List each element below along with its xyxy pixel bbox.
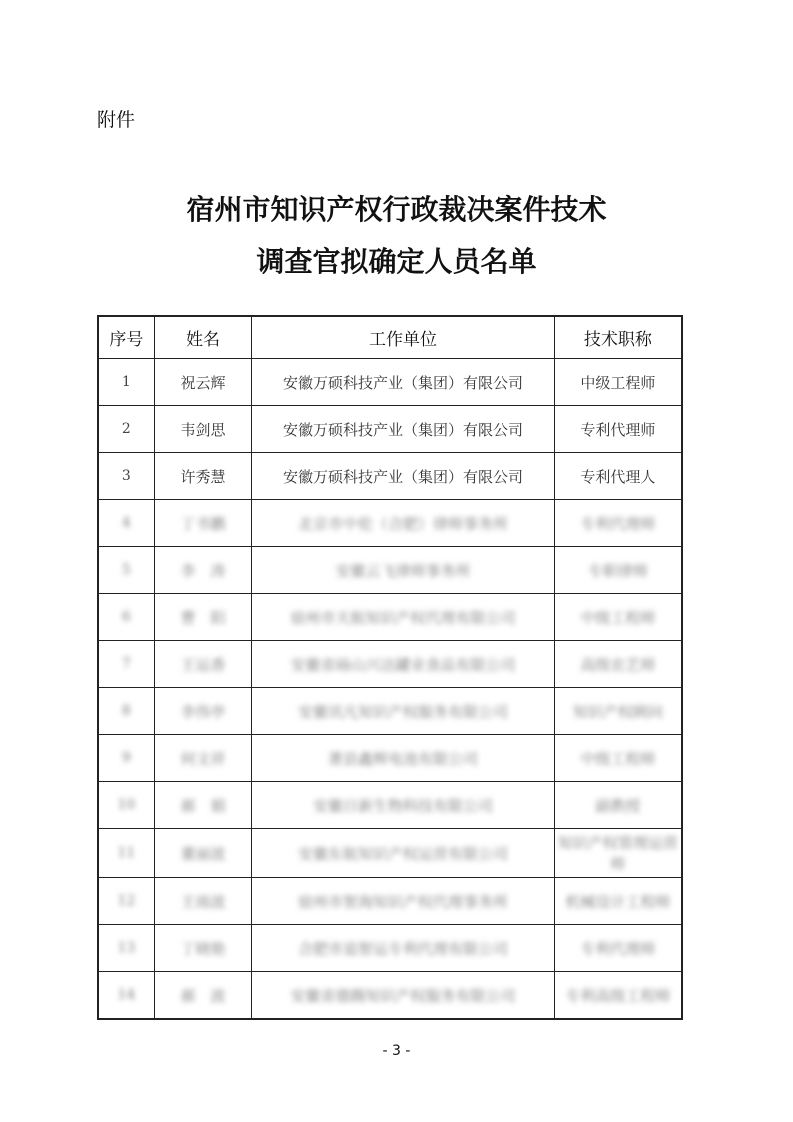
cell-title: 高级农艺师 xyxy=(554,641,682,688)
cell-name: 董丽波 xyxy=(154,829,252,878)
cell-title: 知识产权顾问 xyxy=(554,688,682,735)
cell-title-text: 中级工程师 xyxy=(580,750,655,768)
cell-unit: 安徽万硕科技产业（集团）有限公司 xyxy=(252,359,554,406)
cell-title: 专利高级工程师 xyxy=(554,972,682,1020)
table-row: 2韦剑思安徽万硕科技产业（集团）有限公司专利代理师 xyxy=(98,406,682,453)
cell-title: 中级工程师 xyxy=(554,594,682,641)
cell-title: 专职律师 xyxy=(554,547,682,594)
cell-unit-text: 宿州市智海知识产权代理事务所 xyxy=(298,893,508,911)
cell-name-text: 李伟亭 xyxy=(181,703,226,721)
table-row: 10郝 娟安徽日新生物科技有限公司副教授 xyxy=(98,782,682,829)
personnel-table: 序号 姓名 工作单位 技术职称 1祝云辉安徽万硕科技产业（集团）有限公司中级工程… xyxy=(97,315,683,1020)
cell-title: 机械设计工程师 xyxy=(554,878,682,925)
table-row: 5李 涛安徽云飞律师事务所专职律师 xyxy=(98,547,682,594)
cell-serial-text: 2 xyxy=(122,421,131,437)
cell-name-text: 丁书鹏 xyxy=(181,515,226,533)
cell-unit: 安徽云飞律师事务所 xyxy=(252,547,554,594)
cell-title-text: 专利代理人 xyxy=(580,468,655,486)
cell-unit: 北京市中伦（合肥）律师事务所 xyxy=(252,500,554,547)
cell-title: 专利代理人 xyxy=(554,453,682,500)
cell-serial-text: 1 xyxy=(122,374,131,390)
cell-unit: 萧县鑫辉电池有限公司 xyxy=(252,735,554,782)
cell-serial: 6 xyxy=(98,594,154,641)
cell-title-text: 专利代理师 xyxy=(580,940,655,958)
cell-unit: 安徽万硕科技产业（集团）有限公司 xyxy=(252,453,554,500)
cell-name: 韦剑思 xyxy=(154,406,252,453)
table-row: 14郝 波安徽省德腾知识产权服务有限公司专利高级工程师 xyxy=(98,972,682,1020)
cell-unit: 安徽省德腾知识产权服务有限公司 xyxy=(252,972,554,1020)
cell-serial-text: 14 xyxy=(117,987,135,1003)
header-name: 姓名 xyxy=(154,316,252,359)
cell-unit: 宿州市天航知识产权代理有限公司 xyxy=(252,594,554,641)
cell-serial: 2 xyxy=(98,406,154,453)
cell-unit: 安徽东航知识产权运营有限公司 xyxy=(252,829,554,878)
cell-title-text: 知识产权顾问 xyxy=(573,703,663,721)
cell-unit-text: 萧县鑫辉电池有限公司 xyxy=(328,750,478,768)
cell-serial-text: 10 xyxy=(117,797,135,813)
cell-name: 王运香 xyxy=(154,641,252,688)
cell-title-text: 专利代理师 xyxy=(580,515,655,533)
table-row: 1祝云辉安徽万硕科技产业（集团）有限公司中级工程师 xyxy=(98,359,682,406)
cell-name: 郝 波 xyxy=(154,972,252,1020)
cell-name: 郝 娟 xyxy=(154,782,252,829)
document-title-line2: 调查官拟确定人员名单 xyxy=(0,240,793,280)
cell-serial: 12 xyxy=(98,878,154,925)
cell-title-text: 专利代理师 xyxy=(580,421,655,439)
cell-unit-text: 安徽日新生物科技有限公司 xyxy=(313,797,493,815)
table-row: 7王运香安徽省砀山兴达罐业食品有限公司高级农艺师 xyxy=(98,641,682,688)
cell-serial: 3 xyxy=(98,453,154,500)
cell-title-text: 专职律师 xyxy=(588,562,648,580)
cell-title: 专利代理师 xyxy=(554,500,682,547)
cell-name-text: 许秀慧 xyxy=(181,468,226,486)
cell-name: 丁书鹏 xyxy=(154,500,252,547)
cell-title: 副教授 xyxy=(554,782,682,829)
cell-title-text: 中级工程师 xyxy=(580,374,655,392)
cell-serial: 7 xyxy=(98,641,154,688)
cell-title-text: 副教授 xyxy=(595,797,640,815)
cell-serial-text: 6 xyxy=(122,609,131,625)
cell-title: 中级工程师 xyxy=(554,735,682,782)
cell-unit: 安徽讯凡知识产权服务有限公司 xyxy=(252,688,554,735)
cell-serial-text: 11 xyxy=(117,845,135,861)
cell-unit-text: 安徽云飞律师事务所 xyxy=(335,562,470,580)
cell-unit: 安徽万硕科技产业（集团）有限公司 xyxy=(252,406,554,453)
cell-serial-text: 8 xyxy=(122,703,131,719)
cell-name-text: 郝 娟 xyxy=(181,797,226,815)
document-title-line1: 宿州市知识产权行政裁决案件技术 xyxy=(0,188,793,228)
cell-unit-text: 安徽万硕科技产业（集团）有限公司 xyxy=(283,468,523,486)
header-unit: 工作单位 xyxy=(252,316,554,359)
cell-serial: 13 xyxy=(98,925,154,972)
table-row: 3许秀慧安徽万硕科技产业（集团）有限公司专利代理人 xyxy=(98,453,682,500)
cell-title-text: 中级工程师 xyxy=(580,609,655,627)
cell-unit: 安徽省砀山兴达罐业食品有限公司 xyxy=(252,641,554,688)
cell-title-text: 专利高级工程师 xyxy=(565,987,670,1005)
page-number: - 3 - xyxy=(0,1043,793,1059)
cell-serial-text: 13 xyxy=(117,940,135,956)
cell-serial-text: 12 xyxy=(117,893,135,909)
cell-serial-text: 4 xyxy=(122,515,131,531)
cell-unit: 宿州市智海知识产权代理事务所 xyxy=(252,878,554,925)
cell-serial: 4 xyxy=(98,500,154,547)
cell-unit: 合肥市追智运专利代理有限公司 xyxy=(252,925,554,972)
header-title: 技术职称 xyxy=(554,316,682,359)
cell-serial: 8 xyxy=(98,688,154,735)
cell-name-text: 丁晓艳 xyxy=(181,940,226,958)
table-row: 11董丽波安徽东航知识产权运营有限公司知识产权管理运营师 xyxy=(98,829,682,878)
cell-title: 专利代理师 xyxy=(554,406,682,453)
cell-name-text: 王雨波 xyxy=(181,893,226,911)
table-header-row: 序号 姓名 工作单位 技术职称 xyxy=(98,316,682,359)
table-row: 13丁晓艳合肥市追智运专利代理有限公司专利代理师 xyxy=(98,925,682,972)
cell-title: 知识产权管理运营师 xyxy=(554,829,682,878)
cell-serial-text: 7 xyxy=(122,656,131,672)
cell-serial-text: 3 xyxy=(122,468,131,484)
table-row: 4丁书鹏北京市中伦（合肥）律师事务所专利代理师 xyxy=(98,500,682,547)
cell-title-text: 知识产权管理运营师 xyxy=(558,834,678,873)
cell-serial: 5 xyxy=(98,547,154,594)
cell-title: 中级工程师 xyxy=(554,359,682,406)
cell-unit-text: 安徽讯凡知识产权服务有限公司 xyxy=(298,703,508,721)
cell-name: 李 涛 xyxy=(154,547,252,594)
cell-name-text: 何文祥 xyxy=(181,750,226,768)
cell-unit-text: 安徽万硕科技产业（集团）有限公司 xyxy=(283,421,523,439)
cell-name-text: 韦剑思 xyxy=(181,421,226,439)
cell-name: 丁晓艳 xyxy=(154,925,252,972)
cell-unit-text: 宿州市天航知识产权代理有限公司 xyxy=(290,609,515,627)
cell-unit-text: 安徽万硕科技产业（集团）有限公司 xyxy=(283,374,523,392)
cell-serial: 14 xyxy=(98,972,154,1020)
cell-name-text: 曹 阳 xyxy=(181,609,226,627)
cell-title-text: 机械设计工程师 xyxy=(565,893,670,911)
cell-name: 何文祥 xyxy=(154,735,252,782)
cell-name-text: 郝 波 xyxy=(181,987,226,1005)
header-serial: 序号 xyxy=(98,316,154,359)
table-row: 8李伟亭安徽讯凡知识产权服务有限公司知识产权顾问 xyxy=(98,688,682,735)
cell-name-text: 李 涛 xyxy=(181,562,226,580)
cell-name-text: 董丽波 xyxy=(181,845,226,863)
cell-name-text: 王运香 xyxy=(181,656,226,674)
table-row: 6曹 阳宿州市天航知识产权代理有限公司中级工程师 xyxy=(98,594,682,641)
cell-name: 李伟亭 xyxy=(154,688,252,735)
cell-serial: 11 xyxy=(98,829,154,878)
cell-name: 曹 阳 xyxy=(154,594,252,641)
attachment-label: 附件 xyxy=(97,105,135,132)
cell-unit-text: 合肥市追智运专利代理有限公司 xyxy=(298,940,508,958)
cell-unit-text: 安徽省砀山兴达罐业食品有限公司 xyxy=(290,656,515,674)
cell-unit-text: 安徽东航知识产权运营有限公司 xyxy=(298,845,508,863)
cell-serial: 9 xyxy=(98,735,154,782)
cell-name: 祝云辉 xyxy=(154,359,252,406)
cell-unit-text: 安徽省德腾知识产权服务有限公司 xyxy=(290,987,515,1005)
cell-serial: 1 xyxy=(98,359,154,406)
cell-name: 许秀慧 xyxy=(154,453,252,500)
cell-name: 王雨波 xyxy=(154,878,252,925)
table-row: 12王雨波宿州市智海知识产权代理事务所机械设计工程师 xyxy=(98,878,682,925)
cell-title-text: 高级农艺师 xyxy=(580,656,655,674)
cell-serial-text: 9 xyxy=(122,750,131,766)
cell-serial: 10 xyxy=(98,782,154,829)
cell-title: 专利代理师 xyxy=(554,925,682,972)
table-row: 9何文祥萧县鑫辉电池有限公司中级工程师 xyxy=(98,735,682,782)
cell-serial-text: 5 xyxy=(122,562,131,578)
cell-unit: 安徽日新生物科技有限公司 xyxy=(252,782,554,829)
cell-name-text: 祝云辉 xyxy=(181,374,226,392)
cell-unit-text: 北京市中伦（合肥）律师事务所 xyxy=(298,515,508,533)
